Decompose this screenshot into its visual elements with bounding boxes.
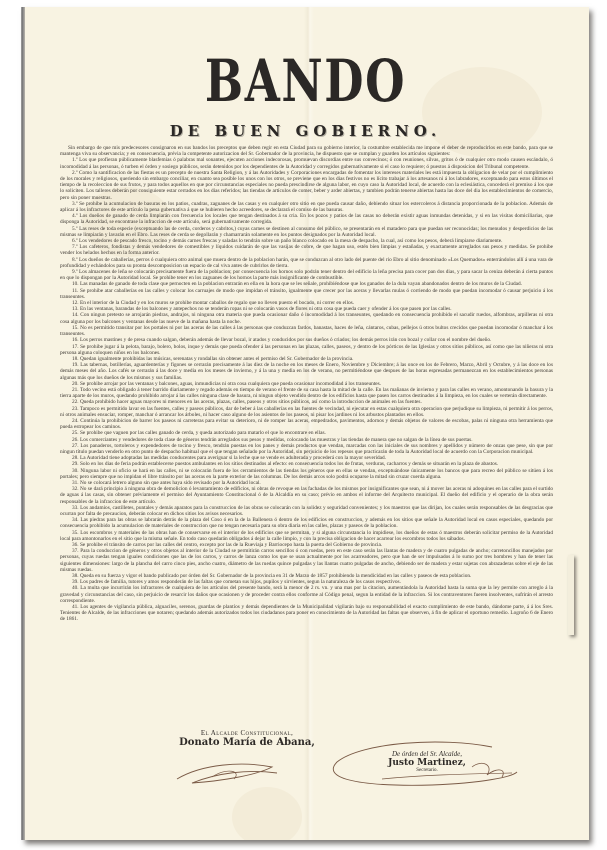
article-paragraph: 9.º Los almacenes de leña se colocarán p… — [60, 269, 553, 281]
article-paragraph: 30. Ninguna labor ni oficio se hará en l… — [60, 468, 553, 480]
article-number: 8.º — [72, 257, 78, 263]
order-line: De órden del Sr. Alcalde, — [367, 750, 487, 758]
article-text: Se prohibe jugar á la pelota, barajo, bo… — [60, 344, 553, 356]
article-number: 34. — [72, 517, 79, 523]
article-number: 29. — [72, 461, 79, 467]
article-number: 23. — [72, 406, 79, 412]
article-number: 17. — [72, 344, 79, 350]
article-text: Los perros mastines y de presa cuando sa… — [80, 337, 491, 343]
article-paragraph: 35. Los escombros y materiales de las ob… — [60, 530, 553, 542]
article-text: Como la santificacion de las fiestas es … — [60, 170, 553, 201]
article-text: Los cafeteros, fondistas y demás vendedo… — [60, 244, 553, 256]
article-text: No es permitido transitar por los portal… — [60, 325, 553, 337]
article-number: 35. — [72, 530, 79, 536]
article-paragraph: 40. La multa que incurrirán los infracto… — [60, 585, 553, 604]
mayor-office-title: El Alcalde Constitucional, — [167, 729, 327, 737]
article-number: 16. — [72, 337, 79, 343]
article-text: Los andamios, castilletes, puntales y de… — [60, 505, 553, 517]
article-text: Las reses de toda especie (exceptuando l… — [60, 226, 553, 238]
article-text: Continúa la prohibicion de barrer los pa… — [60, 418, 553, 430]
article-number: 14. — [72, 312, 79, 318]
document-subtitle: DE BUEN GOBIERNO. — [22, 122, 589, 140]
article-text: Las piedras para las obras se labrarán d… — [60, 517, 553, 529]
article-number: 1.º — [72, 157, 78, 163]
article-text: Los que profieran públicamente blasfemia… — [60, 157, 553, 169]
article-paragraph: 24. Continúa la prohibicion de barrer lo… — [60, 418, 553, 430]
article-text: Se prohibe el tránsito de carros por las… — [80, 542, 382, 548]
article-paragraph: 34. Las piedras para las obras se labrar… — [60, 517, 553, 529]
article-text: Las tabernas, botillerías, aguardentería… — [60, 362, 553, 380]
article-text: Todo vecino está obligado á tener barrid… — [60, 387, 553, 399]
article-paragraph: 41. Los agentes de vigilancia pública, a… — [60, 604, 553, 623]
article-number: 10. — [72, 281, 79, 287]
article-paragraph: 17. Se prohibe jugar á la pelota, barajo… — [60, 344, 553, 356]
article-number: 30. — [72, 468, 79, 474]
article-text: La multa que incurrirán los infractores … — [60, 585, 553, 603]
intro-paragraph: Sin embargo de que mis predecesores cons… — [60, 145, 553, 157]
article-text: Los panaderos, tortoleros y expendedores… — [60, 443, 553, 455]
article-paragraph: 8.º Los dueños de caballerías, perros ó … — [60, 257, 553, 269]
article-text: Los escombros y materiales de las obras … — [60, 530, 553, 542]
article-number: 40. — [72, 585, 79, 591]
article-text: Se prohibe la acumulacion de basuras en … — [60, 201, 553, 213]
article-number: 27. — [72, 443, 79, 449]
article-paragraph: 2.º Como la santificacion de las fiestas… — [60, 170, 553, 201]
paper-stain — [232, 787, 302, 840]
article-paragraph: 32. No se dará principio á ninguna obra … — [60, 486, 553, 505]
article-text: No se dará principio á ninguna obra de d… — [60, 486, 553, 504]
article-number: 26. — [72, 437, 79, 443]
article-paragraph: 5.º Las reses de toda especie (exceptuan… — [60, 226, 553, 238]
mayor-signature-flourish — [172, 759, 282, 789]
article-text: Los dueños de caballerías, perros ó cual… — [60, 257, 553, 269]
article-text: Para la conduccion de géneros y otros ob… — [60, 548, 553, 573]
article-number: 33. — [72, 505, 79, 511]
mayor-signature-block: El Alcalde Constitucional, Donato María … — [167, 729, 327, 748]
secretary-name: Justo Martinez, — [367, 758, 487, 768]
document-title: BANDO — [84, 52, 526, 110]
article-text: Ninguna labor ni oficio se hará en las c… — [60, 468, 553, 480]
article-number: 37. — [72, 548, 79, 554]
article-text: Se prohibe que vaguen por las calles gan… — [80, 430, 326, 436]
article-paragraph: 15. No es permitido transitar por los po… — [60, 325, 553, 337]
document-sheet: BANDO DE BUEN GOBIERNO. Sin embargo de q… — [22, 7, 589, 840]
article-number: 15. — [72, 325, 79, 331]
article-number: 24. — [72, 418, 79, 424]
article-number: 36. — [72, 542, 79, 548]
article-paragraph: 3.º Se prohibe la acumulacion de basuras… — [60, 201, 553, 213]
article-number: 5.º — [72, 226, 78, 232]
article-text: Con ningun pretesto se arrojarán piedras… — [60, 312, 553, 324]
article-paragraph: 23. Tampoco es permitido lavar en las fu… — [60, 406, 553, 418]
article-paragraph: 11. Se prohibe atar caballerías en las c… — [60, 288, 553, 300]
article-paragraph: 37. Para la conduccion de géneros y otro… — [60, 548, 553, 573]
secretary-signature-block: De órden del Sr. Alcalde, Justo Martinez… — [367, 750, 487, 773]
paper-flap — [568, 555, 574, 635]
article-text: Se prohibe atar caballerías en las calle… — [60, 288, 553, 300]
article-paragraph: 19. Las tabernas, botillerías, aguardent… — [60, 362, 553, 381]
article-text: Los dueños de ganado de cerda limpiarán … — [60, 213, 553, 225]
article-paragraph: 4.º Los dueños de ganado de cerda limpia… — [60, 213, 553, 225]
article-number: 3.º — [72, 201, 78, 207]
article-text: Se prohibe arrojar por las ventanas y ba… — [80, 381, 381, 387]
article-text: Solo en los dias de feria podrán estable… — [80, 461, 498, 467]
article-text: Quedan igualmente prohibidas las músicas… — [80, 356, 353, 362]
article-number: 20. — [72, 381, 79, 387]
article-number: 18. — [72, 356, 79, 362]
article-text: Tampoco es permitido lavar en las fuente… — [60, 406, 553, 418]
article-paragraph: 27. Los panaderos, tortoleros y expended… — [60, 443, 553, 455]
article-number: 22. — [72, 399, 79, 405]
secretary-role: Secretario. — [367, 768, 487, 773]
article-number: 2.º — [72, 170, 78, 176]
article-paragraph: 1.º Los que profieran públicamente blasf… — [60, 157, 553, 169]
article-text: Los comerciantes y vendedores de toda cl… — [80, 437, 473, 443]
article-number: 25. — [72, 430, 79, 436]
article-text: Las manadas de ganado de toda clase que … — [80, 281, 522, 287]
article-paragraph: 7.º Los cafeteros, fondistas y demás ven… — [60, 244, 553, 256]
article-text: Queda prohibido hacer aguas mayores ni m… — [80, 399, 422, 405]
article-text: Los agentes de vigilancia pública, algua… — [60, 604, 553, 616]
article-paragraph: 21. Todo vecino está obligado á tener ba… — [60, 387, 553, 399]
article-text: Los almacenes de leña se colocarán preci… — [60, 269, 553, 281]
mayor-name: Donato María de Abana, — [167, 737, 327, 748]
document-body: Sin embargo de que mis predecesores cons… — [60, 145, 553, 623]
article-number: 11. — [72, 288, 78, 294]
article-paragraph: 33. Los andamios, castilletes, puntales … — [60, 505, 553, 517]
article-paragraph: 14. Con ningun pretesto se arrojarán pie… — [60, 312, 553, 324]
